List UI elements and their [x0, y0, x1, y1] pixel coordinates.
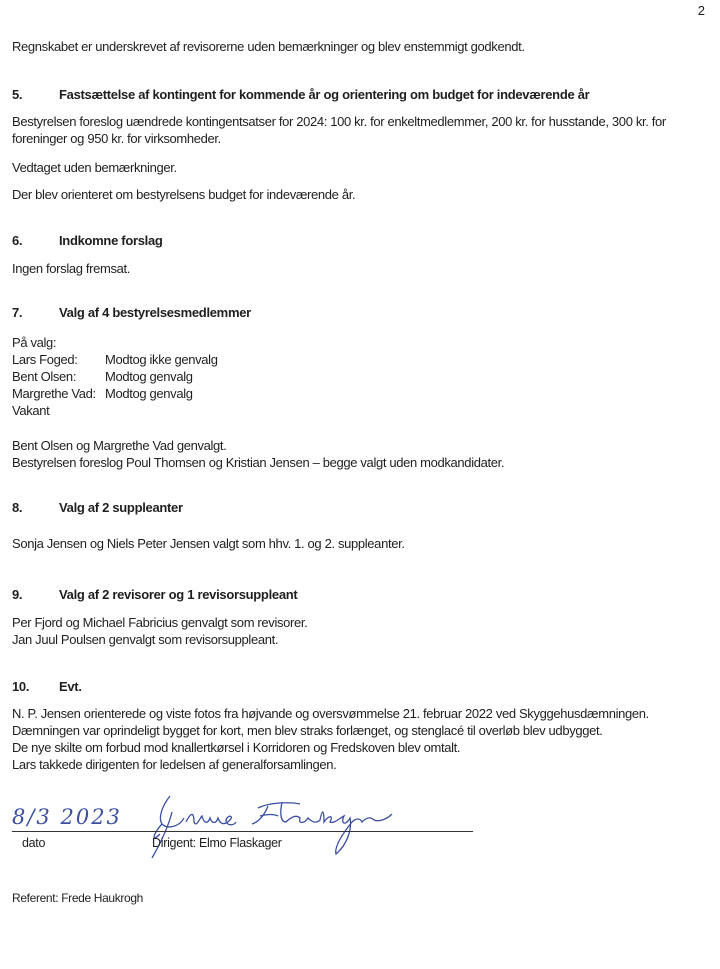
page-number: 2 — [698, 3, 705, 18]
section-9-heading: 9.Valg af 2 revisorer og 1 revisorsupple… — [12, 587, 297, 602]
candidate-row: Margrethe Vad: Modtog genvalg — [12, 385, 218, 402]
candidate-name: Bent Olsen: — [12, 368, 105, 385]
section-title: Evt. — [59, 679, 82, 694]
section-5-paragraph: Der blev orienteret om bestyrelsens budg… — [12, 186, 355, 203]
section-number: 6. — [12, 233, 59, 248]
section-number: 5. — [12, 87, 59, 102]
candidate-name: Margrethe Vad: — [12, 385, 105, 402]
candidate-status: Modtog genvalg — [105, 368, 193, 385]
date-label: dato — [22, 836, 45, 850]
candidate-row: Vakant — [12, 402, 218, 419]
section-number: 10. — [12, 679, 59, 694]
candidate-name: Lars Foged: — [12, 351, 105, 368]
section-number: 9. — [12, 587, 59, 602]
section-10-paragraph: Lars takkede dirigenten for ledelsen af … — [12, 756, 336, 773]
section-8-heading: 8.Valg af 2 suppleanter — [12, 500, 183, 515]
section-title: Fastsættelse af kontingent for kommende … — [59, 87, 589, 102]
section-10-paragraph: De nye skilte om forbud mod knallertkørs… — [12, 739, 460, 756]
referent: Referent: Frede Haukrogh — [12, 890, 143, 907]
section-10-paragraph: Dæmningen var oprindeligt bygget for kor… — [12, 722, 603, 739]
candidate-status: Modtog ikke genvalg — [105, 351, 218, 368]
section-7-paragraph: Bestyrelsen foreslog Poul Thomsen og Kri… — [12, 454, 504, 471]
section-5-heading: 5.Fastsættelse af kontingent for kommend… — [12, 87, 589, 102]
intro-text: Regnskabet er underskrevet af revisorern… — [12, 38, 525, 55]
section-6-paragraph: Ingen forslag fremsat. — [12, 260, 130, 277]
candidates-block: På valg: Lars Foged: Modtog ikke genvalg… — [12, 334, 218, 419]
section-title: Valg af 2 revisorer og 1 revisorsupplean… — [59, 587, 297, 602]
section-title: Valg af 4 bestyrelsesmedlemmer — [59, 305, 251, 320]
section-number: 8. — [12, 500, 59, 515]
signer-label: Dirigent: Elmo Flaskager — [152, 836, 282, 850]
section-title: Valg af 2 suppleanter — [59, 500, 183, 515]
candidates-label: På valg: — [12, 334, 218, 351]
candidate-status: Modtog genvalg — [105, 385, 193, 402]
section-7-paragraph: Bent Olsen og Margrethe Vad genvalgt. — [12, 437, 226, 454]
candidate-row: Bent Olsen: Modtog genvalg — [12, 368, 218, 385]
candidate-row: Lars Foged: Modtog ikke genvalg — [12, 351, 218, 368]
section-number: 7. — [12, 305, 59, 320]
signature-line — [12, 831, 473, 832]
section-6-heading: 6.Indkomne forslag — [12, 233, 163, 248]
section-10-heading: 10.Evt. — [12, 679, 82, 694]
handwritten-date: 8/3 2023 — [12, 805, 122, 829]
section-8-paragraph: Sonja Jensen og Niels Peter Jensen valgt… — [12, 535, 405, 552]
candidate-name: Vakant — [12, 402, 105, 419]
section-7-heading: 7.Valg af 4 bestyrelsesmedlemmer — [12, 305, 251, 320]
section-5-paragraph: Bestyrelsen foreslog uændrede kontingent… — [12, 113, 712, 147]
section-9-paragraph: Per Fjord og Michael Fabricius genvalgt … — [12, 614, 307, 631]
section-10-paragraph: N. P. Jensen orienterede og viste fotos … — [12, 705, 649, 722]
section-5-paragraph: Vedtaget uden bemærkninger. — [12, 159, 177, 176]
section-9-paragraph: Jan Juul Poulsen genvalgt som revisorsup… — [12, 631, 278, 648]
section-title: Indkomne forslag — [59, 233, 163, 248]
